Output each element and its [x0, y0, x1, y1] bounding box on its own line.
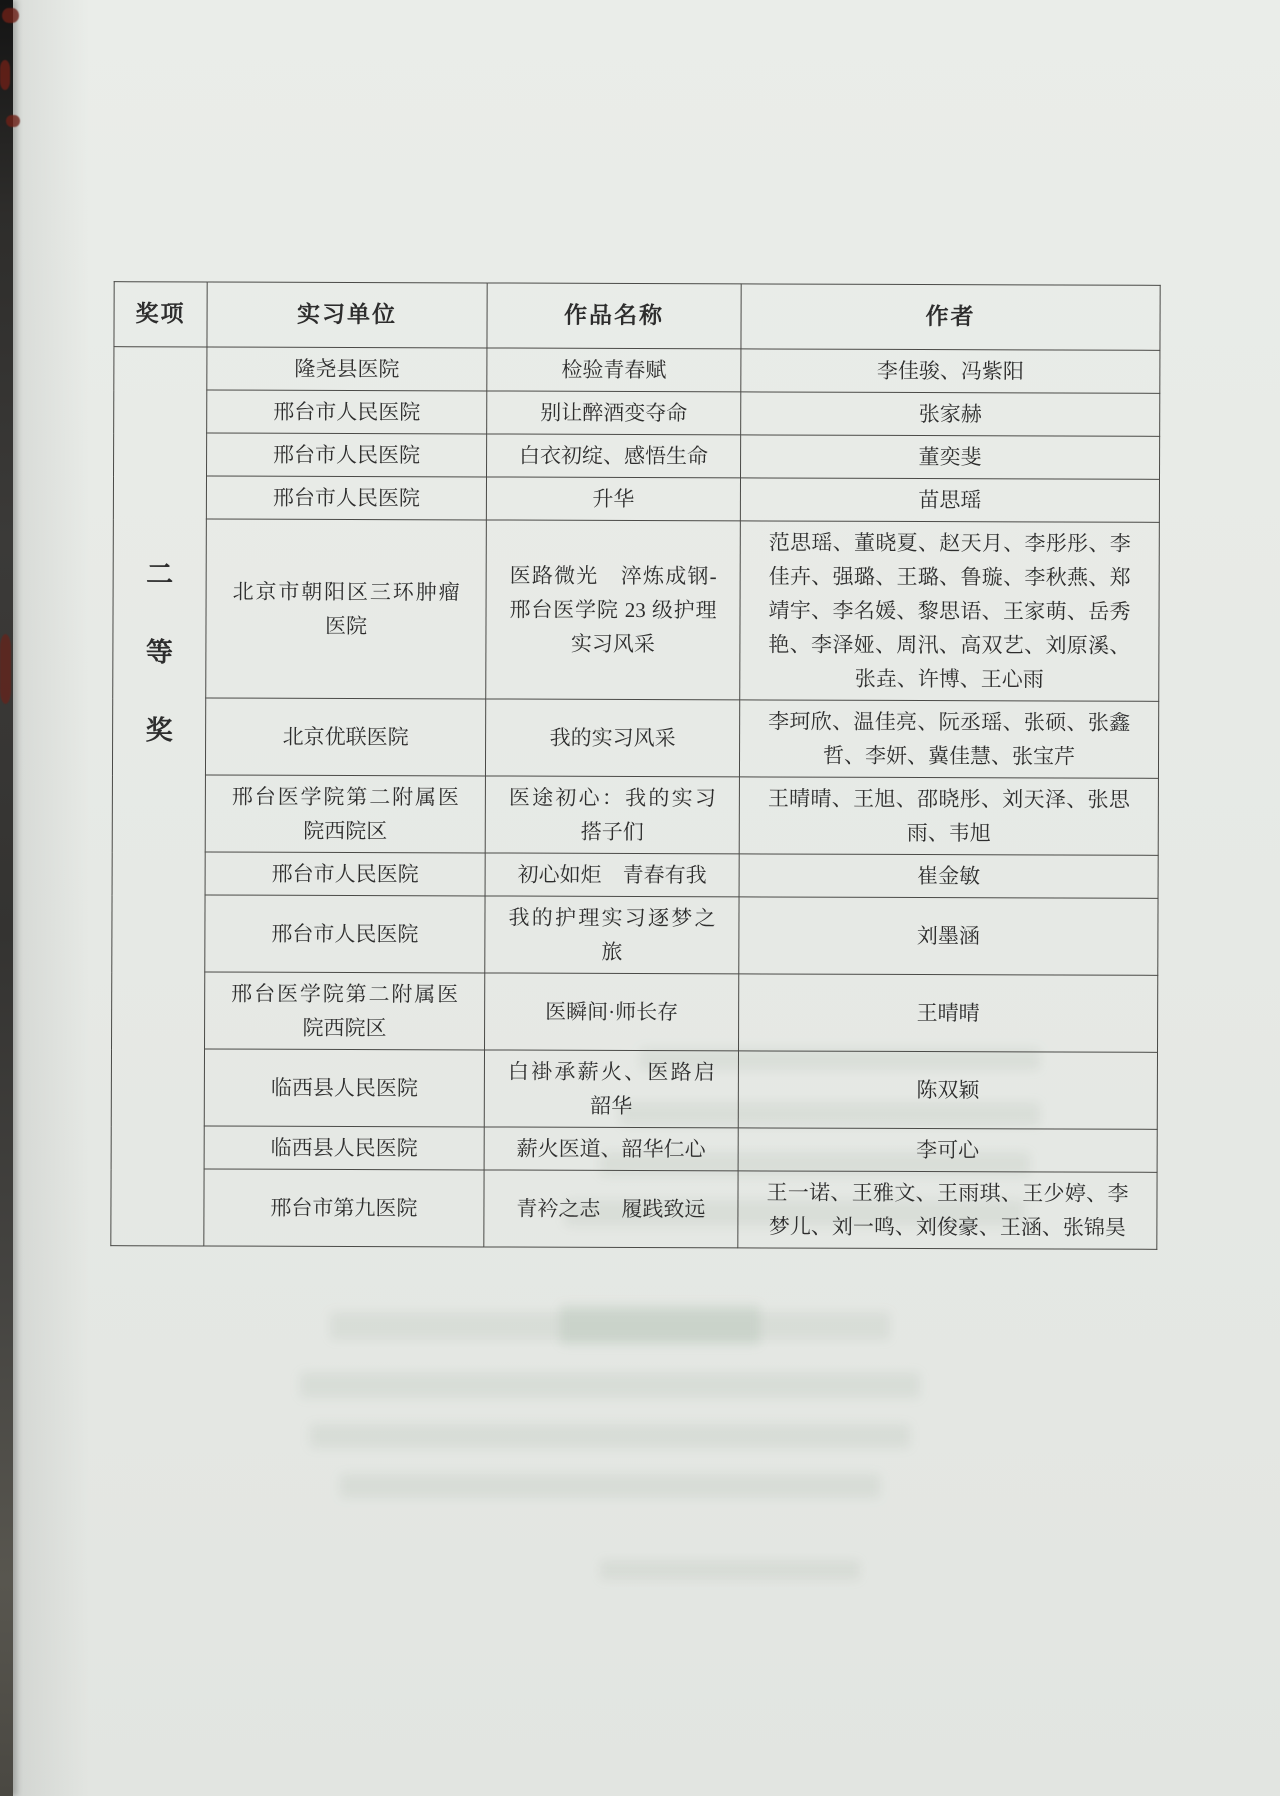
- authors-cell: 范思瑶、董晓夏、赵天月、李彤彤、李佳卉、强璐、王璐、鲁璇、李秋燕、郑靖宇、李名媛…: [740, 521, 1160, 701]
- award-char: 奖: [146, 716, 173, 744]
- work-cell: 检验青春赋: [487, 348, 741, 392]
- authors-cell: 王一诺、王雅文、王雨琪、王少婷、李梦儿、刘一鸣、刘俊豪、王涵、张锦昊: [738, 1171, 1157, 1249]
- work-cell: 薪火医道、韶华仁心: [484, 1127, 738, 1171]
- table-row: 临西县人民医院 白褂承薪火、医路启韶华 陈双颖: [111, 1049, 1157, 1130]
- table-row: 临西县人民医院 薪火医道、韶华仁心 李可心: [111, 1126, 1157, 1173]
- work-cell: 别让醉酒变夺命: [487, 391, 741, 435]
- unit-cell: 邢台市人民医院: [206, 476, 486, 520]
- table-row: 邢台医学院第二附属医院西院区 医途初心：我的实习搭子们 王晴晴、王旭、邵晓彤、刘…: [112, 775, 1158, 856]
- col-header-award: 奖项: [114, 282, 207, 347]
- work-cell: 白褂承薪火、医路启韶华: [484, 1050, 738, 1128]
- work-cell: 升华: [486, 477, 740, 521]
- col-header-work: 作品名称: [487, 283, 741, 349]
- bleedthrough-artifact: [330, 1312, 890, 1340]
- unit-cell: 北京市朝阳区三环肿瘤医院: [206, 519, 487, 699]
- authors-cell: 王晴晴、王旭、邵晓彤、刘天泽、张思雨、韦旭: [739, 777, 1158, 855]
- authors-cell: 李珂欣、温佳亮、阮丞瑶、张硕、张鑫哲、李妍、冀佳慧、张宝芹: [739, 700, 1158, 778]
- table-row: 邢台市人民医院 白衣初绽、感悟生命 董奕斐: [114, 433, 1160, 480]
- unit-cell: 邢台市人民医院: [207, 433, 487, 477]
- award-char: 等: [146, 638, 173, 666]
- authors-cell: 苗思瑶: [740, 478, 1159, 522]
- award-label-vertical: 二 等 奖: [114, 348, 205, 744]
- authors-cell: 崔金敏: [739, 854, 1158, 898]
- unit-cell: 隆尧县医院: [207, 347, 487, 391]
- scan-edge-strip: [0, 0, 13, 1796]
- unit-cell: 邢台医学院第二附属医院西院区: [205, 775, 485, 853]
- work-cell: 青衿之志 履践致远: [484, 1170, 738, 1248]
- red-ink-mark: [0, 634, 11, 704]
- table-row: 北京优联医院 我的实习风采 李珂欣、温佳亮、阮丞瑶、张硕、张鑫哲、李妍、冀佳慧、…: [112, 698, 1158, 779]
- work-cell: 我的实习风采: [485, 699, 739, 777]
- bleedthrough-artifact: [310, 1424, 910, 1448]
- table-row: 邢台市人民医院 初心如炬 青春有我 崔金敏: [112, 852, 1158, 899]
- work-cell: 医瞬间·师长存: [485, 973, 739, 1051]
- awards-table-container: 奖项 实习单位 作品名称 作者 二 等 奖 隆尧县医院 检验青春赋 李佳骏、冯紫…: [110, 281, 1160, 1250]
- award-char: 二: [146, 560, 173, 588]
- scanned-page: { "document": { "kind": "scanned award l…: [0, 0, 1280, 1796]
- authors-cell: 刘墨涵: [739, 897, 1158, 975]
- table-row: 北京市朝阳区三环肿瘤医院 医路微光 淬炼成钢-邢台医学院 23 级护理实习风采 …: [113, 519, 1160, 702]
- red-ink-mark: [6, 115, 20, 127]
- unit-cell: 邢台市人民医院: [205, 852, 485, 896]
- table-row: 邢台市人民医院 升华 苗思瑶: [113, 476, 1159, 523]
- bleedthrough-artifact: [340, 1474, 880, 1498]
- unit-cell: 邢台市人民医院: [205, 895, 485, 973]
- col-header-unit: 实习单位: [207, 282, 487, 348]
- unit-cell: 北京优联医院: [205, 698, 485, 776]
- work-cell: 初心如炬 青春有我: [485, 853, 739, 897]
- table-row: 邢台医学院第二附属医院西院区 医瞬间·师长存 王晴晴: [112, 972, 1158, 1053]
- unit-cell: 邢台医学院第二附属医院西院区: [205, 972, 485, 1050]
- work-cell: 医路微光 淬炼成钢-邢台医学院 23 级护理实习风采: [486, 520, 741, 700]
- unit-cell: 临西县人民医院: [204, 1049, 484, 1127]
- col-header-authors: 作者: [741, 284, 1160, 350]
- work-cell: 医途初心：我的实习搭子们: [485, 776, 739, 854]
- authors-cell: 张家赫: [741, 392, 1160, 436]
- unit-cell: 邢台市第九医院: [204, 1169, 484, 1247]
- unit-cell: 邢台市人民医院: [207, 390, 487, 434]
- bleedthrough-artifact: [300, 1372, 920, 1398]
- bleedthrough-artifact: [600, 1560, 860, 1580]
- header-row: 奖项 实习单位 作品名称 作者: [114, 282, 1160, 351]
- authors-cell: 李佳骏、冯紫阳: [741, 349, 1160, 393]
- awards-table: 奖项 实习单位 作品名称 作者 二 等 奖 隆尧县医院 检验青春赋 李佳骏、冯紫…: [110, 281, 1160, 1250]
- work-cell: 我的护理实习逐梦之旅: [485, 896, 739, 974]
- table-row: 邢台市人民医院 我的护理实习逐梦之旅 刘墨涵: [112, 895, 1158, 976]
- unit-cell: 临西县人民医院: [204, 1126, 484, 1170]
- authors-cell: 陈双颖: [738, 1051, 1157, 1129]
- award-group-cell: 二 等 奖: [111, 347, 207, 1246]
- authors-cell: 李可心: [738, 1128, 1157, 1172]
- red-ink-mark: [0, 60, 10, 90]
- red-ink-mark: [2, 8, 19, 23]
- table-row: 二 等 奖 隆尧县医院 检验青春赋 李佳骏、冯紫阳: [114, 347, 1160, 394]
- authors-cell: 王晴晴: [739, 974, 1158, 1052]
- authors-cell: 董奕斐: [741, 435, 1160, 479]
- table-row: 邢台市第九医院 青衿之志 履践致远 王一诺、王雅文、王雨琪、王少婷、李梦儿、刘一…: [111, 1169, 1157, 1250]
- work-cell: 白衣初绽、感悟生命: [487, 434, 741, 478]
- table-row: 邢台市人民医院 别让醉酒变夺命 张家赫: [114, 390, 1160, 437]
